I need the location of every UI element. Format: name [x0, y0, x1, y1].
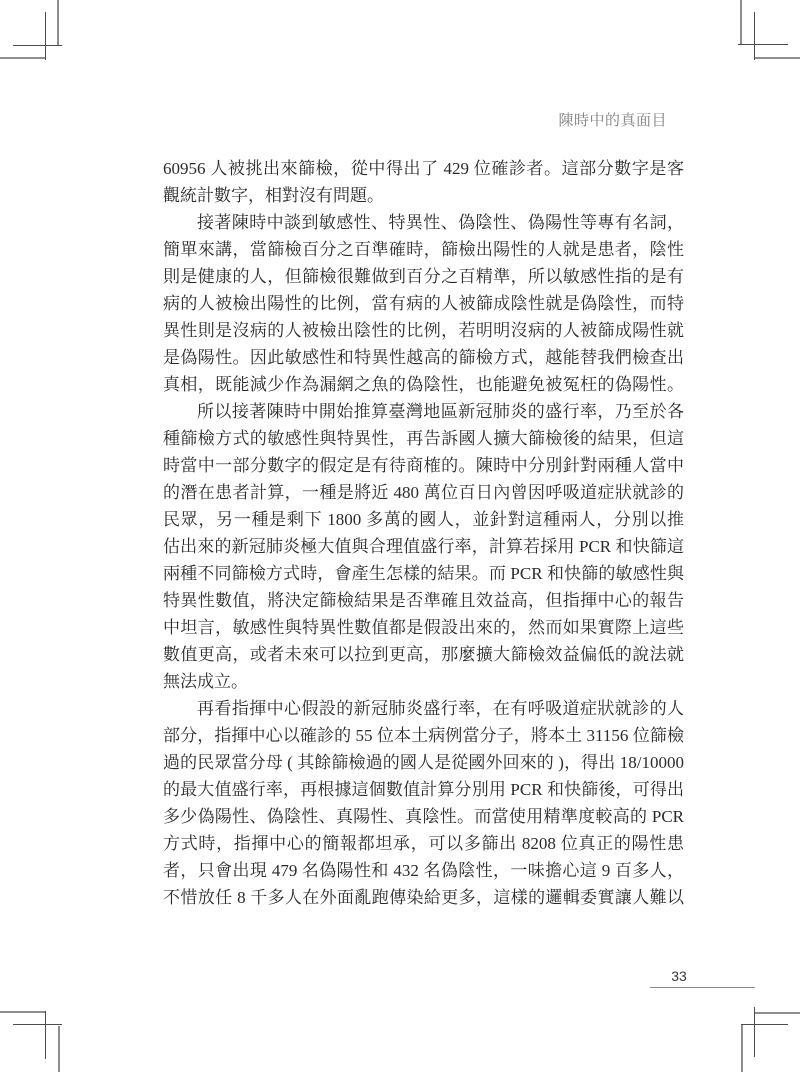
text-line: 多少偽陽性、偽陰性、真陽性、真陰性。而當使用精準度較高的 PCR [163, 803, 684, 830]
text-line: 數值更高，或者未來可以拉到更高，那麼擴大篩檢效益偏低的說法就 [163, 641, 684, 668]
text-line: 的最大值盛行率，再根據這個數值計算分別用 PCR 和快篩後，可得出 [163, 776, 684, 803]
text-line: 過的民眾當分母 ( 其餘篩檢過的國人是從國外回來的 )，得出 18/10000 [163, 749, 684, 776]
crop-mark-line [754, 12, 755, 60]
crop-mark-line [13, 45, 62, 46]
text-line: 時當中一部分數字的假定是有待商榷的。陳時中分別針對兩種人當中 [163, 452, 684, 479]
page-number: 33 [664, 968, 694, 984]
crop-mark-line [0, 57, 45, 59]
crop-mark-line [755, 57, 800, 59]
text-line: 再看指揮中心假設的新冠肺炎盛行率，在有呼吸道症狀就診的人 [163, 695, 684, 722]
crop-mark-line [741, 1024, 788, 1025]
paragraph: 所以接著陳時中開始推算臺灣地區新冠肺炎的盛行率，乃至於各種篩檢方式的敏感性與特異… [163, 398, 684, 695]
text-line: 部分，指揮中心以確診的 55 位本土病例當分子，將本土 31156 位篩檢 [163, 722, 684, 749]
crop-mark-line [741, 1024, 743, 1072]
text-line: 不惜放任 8 千多人在外面亂跑傳染給更多，這樣的邏輯委實讓人難以 [163, 884, 684, 911]
running-header: 陳時中的真面目 [0, 109, 667, 130]
crop-mark-line [57, 0, 59, 45]
crop-mark-line [45, 1011, 46, 1059]
text-line: 的潛在患者計算，一種是將近 480 萬位百日內曾因呼吸道症狀就診的 [163, 479, 684, 506]
crop-mark-line [740, 0, 742, 45]
paragraph: 接著陳時中談到敏感性、特異性、偽陰性、偽陽性等專有名詞，簡單來講，當篩檢百分之百… [163, 209, 684, 398]
crop-mark-line [738, 44, 788, 45]
text-line: 60956 人被挑出來篩檢，從中得出了 429 位確診者。這部分數字是客 [163, 155, 684, 182]
text-line: 中坦言，敏感性與特異性數值都是假設出來的，然而如果實際上這些 [163, 614, 684, 641]
text-line: 接著陳時中談到敏感性、特異性、偽陰性、偽陽性等專有名詞， [163, 209, 684, 236]
text-line: 簡單來講，當篩檢百分之百準確時，篩檢出陽性的人就是患者，陰性 [163, 236, 684, 263]
body-text: 60956 人被挑出來篩檢，從中得出了 429 位確診者。這部分數字是客觀統計數… [163, 155, 684, 911]
text-line: 種篩檢方式的敏感性與特異性，再告訴國人擴大篩檢後的結果，但這 [163, 425, 684, 452]
crop-mark-line [45, 12, 46, 60]
text-line: 真相，既能減少作為漏網之魚的偽陰性，也能避免被冤枉的偽陽性。 [163, 371, 684, 398]
text-line: 則是健康的人，但篩檢很難做到百分之百精準，所以敏感性指的是有 [163, 263, 684, 290]
text-line: 者，只會出現 479 名偽陽性和 432 名偽陰性，一味擔心這 9 百多人， [163, 857, 684, 884]
crop-mark-line [58, 1026, 60, 1072]
text-line: 民眾，另一種是剩下 1800 多萬的國人，並針對這種兩人，分別以推 [163, 506, 684, 533]
text-line: 無法成立。 [163, 668, 684, 695]
text-line: 是偽陽性。因此敏感性和特異性越高的篩檢方式，越能替我們檢查出 [163, 344, 684, 371]
text-line: 方式時，指揮中心的簡報都坦承，可以多篩出 8208 位真正的陽性患 [163, 830, 684, 857]
crop-mark-line [0, 1011, 46, 1013]
paragraph: 60956 人被挑出來篩檢，從中得出了 429 位確診者。這部分數字是客觀統計數… [163, 155, 684, 209]
text-line: 兩種不同篩檢方式時，會產生怎樣的結果。而 PCR 和快篩的敏感性與 [163, 560, 684, 587]
paragraph: 再看指揮中心假設的新冠肺炎盛行率，在有呼吸道症狀就診的人部分，指揮中心以確診的 … [163, 695, 684, 911]
text-line: 所以接著陳時中開始推算臺灣地區新冠肺炎的盛行率，乃至於各 [163, 398, 684, 425]
text-line: 觀統計數字，相對沒有問題。 [163, 182, 684, 209]
crop-mark-line [13, 1024, 62, 1025]
text-line: 特異性數值，將決定篩檢結果是否準確且效益高，但指揮中心的報告 [163, 587, 684, 614]
book-page: 陳時中的真面目 60956 人被挑出來篩檢，從中得出了 429 位確診者。這部分… [0, 0, 800, 1072]
text-line: 異性則是沒病的人被檢出陰性的比例，若明明沒病的人被篩成陽性就 [163, 317, 684, 344]
crop-mark-line [754, 1007, 755, 1057]
text-line: 病的人被檢出陽性的比例，當有病的人被篩成陰性就是偽陰性，而特 [163, 290, 684, 317]
footer-rule [650, 987, 755, 988]
crop-mark-line [754, 1012, 800, 1014]
text-line: 估出來的新冠肺炎極大值與合理值盛行率，計算若採用 PCR 和快篩這 [163, 533, 684, 560]
